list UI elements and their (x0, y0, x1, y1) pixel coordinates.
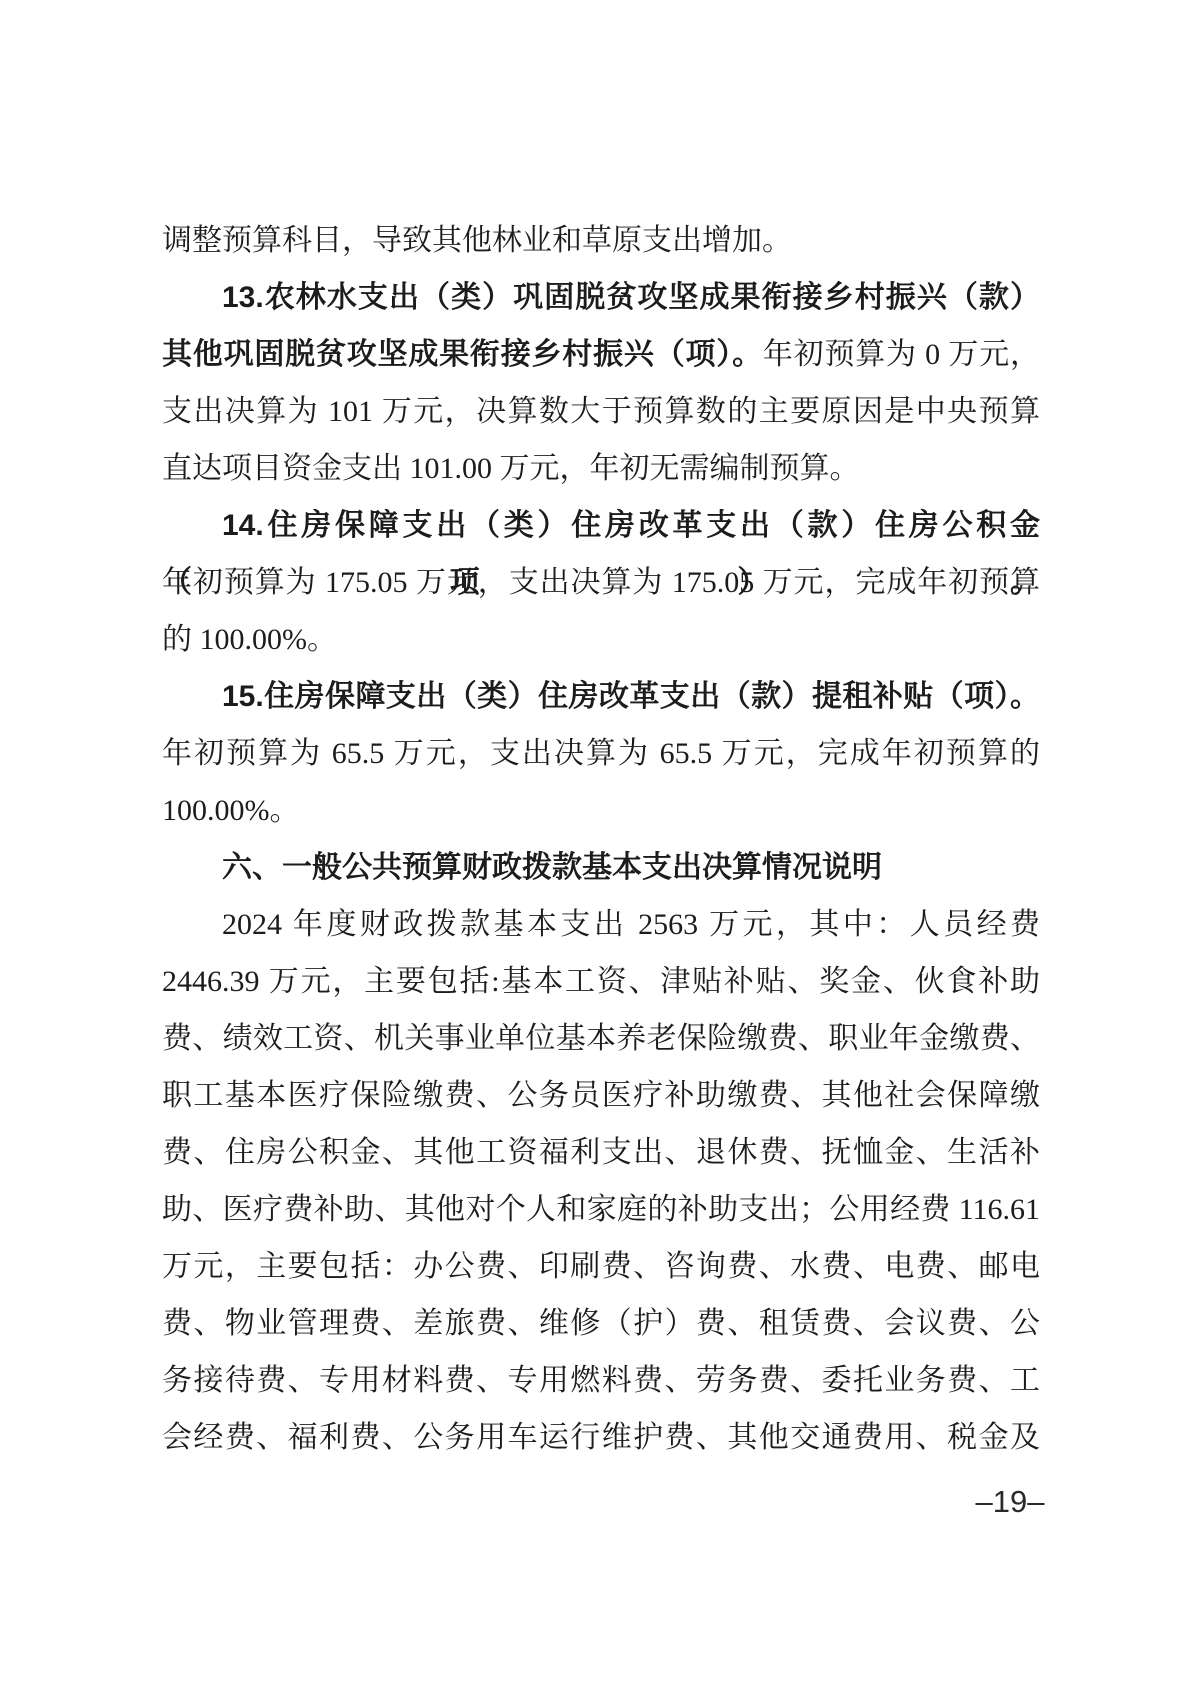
line-text: 费、绩效工资、机关事业单位基本养老保险缴费、职业年金缴费、 (162, 1022, 1040, 1055)
text-line: 年初预算为 65.5 万元，支出决算为 65.5 万元，完成年初预算的 (162, 725, 1040, 782)
line-text: 年初预算为 65.5 万元，支出决算为 65.5 万元，完成年初预算的 (162, 737, 1040, 770)
text-line: 直达项目资金支出 101.00 万元，年初无需编制预算。 (162, 440, 1040, 497)
document-body: 调整预算科目，导致其他林业和草原支出增加。 13.农林水支出（类）巩固脱贫攻坚成… (162, 212, 1040, 1466)
text-line: 费、物业管理费、差旅费、维修（护）费、租赁费、会议费、公 (162, 1295, 1040, 1352)
text-line: 2446.39 万元，主要包括:基本工资、津贴补贴、奖金、伙食补助 (162, 953, 1040, 1010)
text-line: 助、医疗费补助、其他对个人和家庭的补助支出；公用经费 116.61 (162, 1181, 1040, 1238)
line-text: 年初预算为 0 万元， (763, 338, 1040, 371)
text-line: 100.00%。 (162, 782, 1040, 839)
item-13-heading-line: 13.农林水支出（类）巩固脱贫攻坚成果衔接乡村振兴（款） (162, 269, 1040, 326)
line-text: 调整预算科目，导致其他林业和草原支出增加。 (162, 224, 792, 257)
section-heading: 六、一般公共预算财政拨款基本支出决算情况说明 (162, 839, 1040, 896)
line-text: 的 100.00%。 (162, 623, 337, 656)
line-text: 万元，主要包括：办公费、印刷费、咨询费、水费、电费、邮电 (162, 1250, 1040, 1283)
text-line: 务接待费、专用材料费、专用燃料费、劳务费、委托业务费、工 (162, 1352, 1040, 1409)
page-number: –19– (960, 1478, 1060, 1526)
heading-segment: 13.农林水支出（类）巩固脱贫攻坚成果衔接乡村振兴（款） (222, 281, 1040, 314)
line-text: 助、医疗费补助、其他对个人和家庭的补助支出；公用经费 116.61 (162, 1193, 1040, 1226)
text-line: 调整预算科目，导致其他林业和草原支出增加。 (162, 212, 1040, 269)
line-text: 2446.39 万元，主要包括:基本工资、津贴补贴、奖金、伙食补助 (162, 965, 1040, 998)
text-line: 的 100.00%。 (162, 611, 1040, 668)
heading-segment: 六、一般公共预算财政拨款基本支出决算情况说明 (222, 851, 882, 884)
text-line: 会经费、福利费、公务用车运行维护费、其他交通费用、税金及 (162, 1409, 1040, 1466)
line-text: 2024 年度财政拨款基本支出 2563 万元，其中：人员经费 (222, 908, 1040, 941)
text-line: 支出决算为 101 万元，决算数大于预算数的主要原因是中央预算 (162, 383, 1040, 440)
line-text: 费、物业管理费、差旅费、维修（护）费、租赁费、会议费、公 (162, 1307, 1040, 1340)
heading-segment: 其他巩固脱贫攻坚成果衔接乡村振兴（项）。 (162, 338, 763, 371)
line-text: 100.00%。 (162, 794, 300, 827)
text-line: 职工基本医疗保险缴费、公务员医疗补助缴费、其他社会保障缴 (162, 1067, 1040, 1124)
text-line: 费、住房公积金、其他工资福利支出、退休费、抚恤金、生活补 (162, 1124, 1040, 1181)
text-line: 年初预算为 175.05 万元，支出决算为 175.05 万元，完成年初预算 (162, 554, 1040, 611)
item-14-heading-line: 14.住房保障支出（类）住房改革支出（款）住房公积金（项）。 (162, 497, 1040, 554)
text-line: 2024 年度财政拨款基本支出 2563 万元，其中：人员经费 (162, 896, 1040, 953)
line-text: 务接待费、专用材料费、专用燃料费、劳务费、委托业务费、工 (162, 1364, 1040, 1397)
text-line: 其他巩固脱贫攻坚成果衔接乡村振兴（项）。年初预算为 0 万元， (162, 326, 1040, 383)
item-15-heading-line: 15.住房保障支出（类）住房改革支出（款）提租补贴（项）。 (162, 668, 1040, 725)
line-text: 费、住房公积金、其他工资福利支出、退休费、抚恤金、生活补 (162, 1136, 1040, 1169)
text-line: 万元，主要包括：办公费、印刷费、咨询费、水费、电费、邮电 (162, 1238, 1040, 1295)
heading-segment: 15.住房保障支出（类）住房改革支出（款）提租补贴（项）。 (222, 680, 1040, 713)
line-text: 会经费、福利费、公务用车运行维护费、其他交通费用、税金及 (162, 1421, 1040, 1454)
line-text: 职工基本医疗保险缴费、公务员医疗补助缴费、其他社会保障缴 (162, 1079, 1040, 1112)
text-line: 费、绩效工资、机关事业单位基本养老保险缴费、职业年金缴费、 (162, 1010, 1040, 1067)
document-page: 调整预算科目，导致其他林业和草原支出增加。 13.农林水支出（类）巩固脱贫攻坚成… (0, 0, 1190, 1683)
line-text: 直达项目资金支出 101.00 万元，年初无需编制预算。 (162, 452, 860, 485)
line-text: 年初预算为 175.05 万元，支出决算为 175.05 万元，完成年初预算 (162, 566, 1040, 599)
line-text: 支出决算为 101 万元，决算数大于预算数的主要原因是中央预算 (162, 395, 1040, 428)
